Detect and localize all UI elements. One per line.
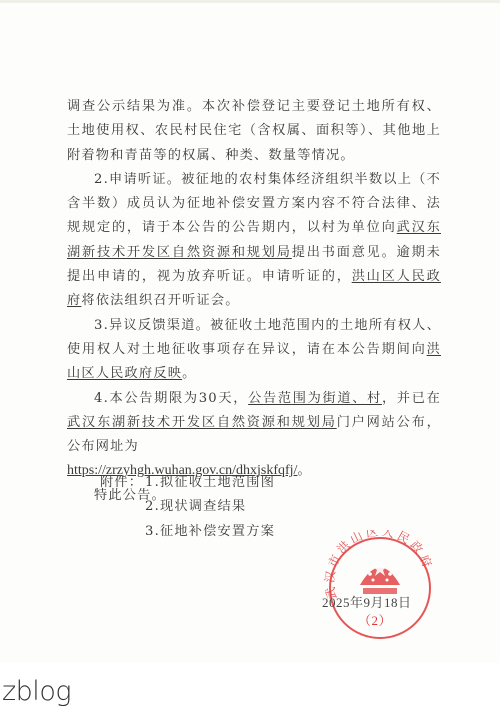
attachment-item: 3.征地补偿安置方案 [145,520,275,544]
text: 4.本公告期限为30天， [94,391,248,406]
scope-text: 公告范围为街道、村 [248,391,382,406]
text: 3.异议反馈渠道。被征收土地范围内的土地所有权人、使用权人对土地征收事项存在异议… [67,318,441,357]
authority-link: 武汉东湖新技术开发区自然资源和规划局 [67,415,337,430]
text: 2.申请听证。被征地的农村集体经济组织半数以上（不含半数）成员认为征地补偿安置方… [67,172,441,236]
attachment-item: 2.现状调查结果 [145,495,246,519]
attachment-item: 1.拟征收土地范围图 [145,471,275,495]
paragraph-period: 4.本公告期限为30天，公告范围为街道、村，并已在武汉东湖新技术开发区自然资源和… [67,387,441,484]
paragraph-registration: 调查公示结果为准。本次补偿登记主要登记土地所有权、土地使用权、农民村民住宅（含权… [67,95,441,168]
watermark: zblog [2,676,71,707]
paragraph-objection: 3.异议反馈渠道。被征收土地范围内的土地所有权人、使用权人对土地征收事项存在异议… [67,314,441,387]
attachments-label: 附件： [100,471,145,495]
text: ，并已在 [382,391,441,406]
text: 将依法组织召开听证会。 [81,293,239,308]
document-page: 调查公示结果为准。本次补偿登记主要登记土地所有权、土地使用权、农民村民住宅（含权… [0,0,500,663]
seal-date: 2025年9月18日 [322,592,412,611]
paragraph-hearing: 2.申请听证。被征地的农村集体经济组织半数以上（不含半数）成员认为征地补偿安置方… [67,168,441,314]
text: 。 [297,463,311,478]
text: 。 [182,366,196,381]
attachments-list: 附件：1.拟征收土地范围图 2.现状调查结果 3.征地补偿安置方案 [100,471,275,544]
notice-body: 调查公示结果为准。本次补偿登记主要登记土地所有权、土地使用权、农民村民住宅（含权… [67,95,441,508]
seal-number: （2） [358,610,392,629]
